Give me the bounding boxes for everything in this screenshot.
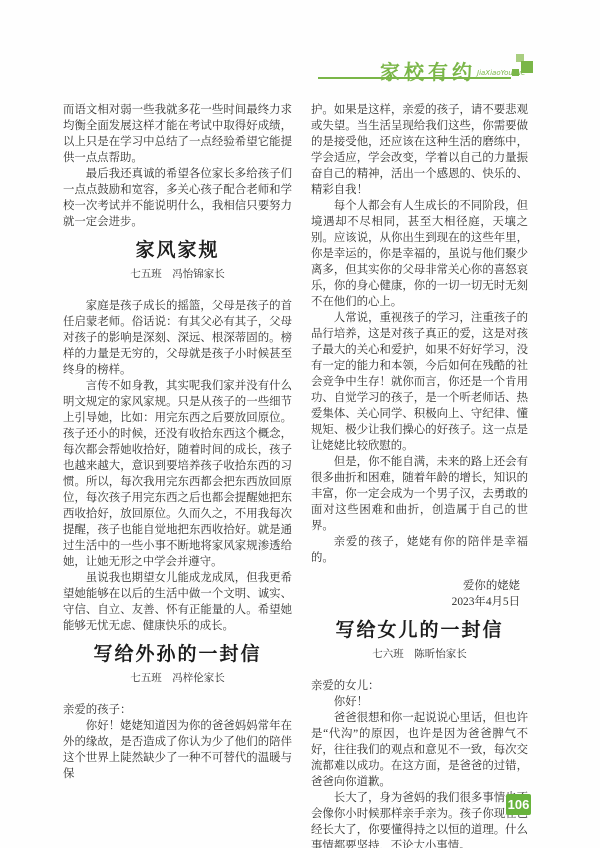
- body-paragraph: 亲爱的孩子，姥姥有你的陪伴是幸福的。: [311, 534, 528, 566]
- salutation-line: 亲爱的女儿：: [311, 678, 528, 694]
- body-paragraph: 家庭是孩子成长的摇篮，父母是孩子的首任启蒙老师。俗话说：有其父必有其子，父母对孩…: [63, 298, 292, 378]
- body-paragraph: 你好！姥姥知道因为你的爸爸妈妈常年在外的缘故，是否造成了你认为少了他们的陪伴这个…: [63, 718, 292, 782]
- body-paragraph: 最后我还真诚的希望各位家长多给孩子们一点点鼓励和宽容，多关心孩子配合老师和学校一…: [63, 166, 292, 230]
- body-paragraph: 而语文相对弱一些我就多花一些时间最终力求均衡全面发展这样才能在考试中取得好成绩，…: [63, 102, 292, 166]
- body-paragraph: 但是，你不能自满，未来的路上还会有很多曲折和困难，随着年龄的增长，知识的丰富，你…: [311, 454, 528, 534]
- page-number-badge: 106: [506, 794, 531, 815]
- body-paragraph: 每个人都会有人生成长的不同阶段，但境遇却不尽相同，甚至大相径庭，天壤之别。应该说…: [311, 198, 528, 310]
- pixel-square-small: [512, 69, 519, 76]
- article-title: 家风家规: [63, 240, 292, 262]
- body-paragraph: 言传不如身教，其实呢我们家并没有什么明文规定的家风家规。只是从孩子的一些细节上引…: [63, 378, 292, 570]
- magazine-page: 家校有约 JiaXiaoYouYue 而语文相对弱一些我就多花一些时间最终力求均…: [0, 0, 600, 848]
- section-title: 家校有约: [380, 56, 476, 85]
- body-paragraph: 护。如果是这样，亲爱的孩子，请不要悲观或失望。当生活呈现给我们这些，你需要做的是…: [311, 102, 528, 198]
- signature-line: 2023年4月5日: [311, 594, 528, 610]
- signature-line: 爱你的姥姥: [311, 578, 528, 594]
- pixel-square-large: [521, 61, 533, 73]
- salutation-line: 亲爱的孩子：: [63, 702, 292, 718]
- left-column: 而语文相对弱一些我就多花一些时间最终力求均衡全面发展这样才能在考试中取得好成绩，…: [63, 102, 292, 782]
- body-paragraph: 爸爸很想和你一起说说心里话，但也许是“代沟”的原因，也许是因为爸爸脾气不好，往往…: [311, 710, 528, 790]
- article-title: 写给外孙的一封信: [63, 644, 292, 666]
- article-title: 写给女儿的一封信: [311, 620, 528, 642]
- body-paragraph: 虽说我也期望女儿能成龙成凤，但我更希望她能够在以后的生活中做一个文明、诚实、守信…: [63, 570, 292, 634]
- article-byline: 七六班 陈昕怡家长: [311, 648, 528, 662]
- body-paragraph: 人常说，重视孩子的学习，注重孩子的品行培养，这是对孩子真正的爱，这是对孩子最大的…: [311, 310, 528, 454]
- body-paragraph: 长大了，身为爸妈的我们很多事情也不会像你小时候那样亲手亲为。孩子你现在已经长大了…: [311, 790, 528, 848]
- right-column: 护。如果是这样，亲爱的孩子，请不要悲观或失望。当生活呈现给我们这些，你需要做的是…: [311, 102, 528, 848]
- body-paragraph: 你好！: [311, 694, 528, 710]
- article-byline: 七五班 冯梓伦家长: [63, 672, 292, 686]
- article-byline: 七五班 冯怡锦家长: [63, 268, 292, 282]
